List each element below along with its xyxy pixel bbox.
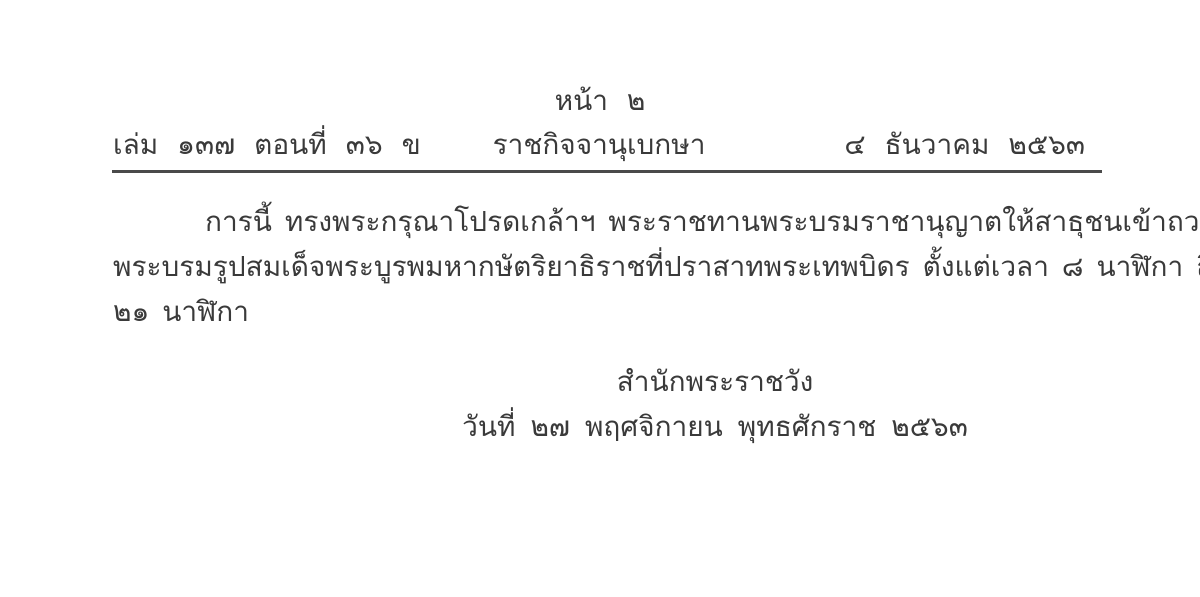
page-header: เล่ม ๑๓๗ ตอนที่ ๓๖ ข ราชกิจจานุเบกษา ๔ ธ… xyxy=(113,129,1103,163)
paragraph-line-2: พระบรมรูปสมเด็จพระบูรพมหากษัตริยาธิราชที… xyxy=(113,245,1105,290)
page-number: หน้า ๒ xyxy=(0,85,1200,119)
gazette-title: ราชกิจจานุเบกษา xyxy=(437,129,761,163)
header-divider-rule xyxy=(112,170,1102,173)
body-paragraph: การนี้ ทรงพระกรุณาโปรดเกล้าฯ พระราชทานพร… xyxy=(113,200,1105,335)
gazette-page: หน้า ๒ เล่ม ๑๓๗ ตอนที่ ๓๖ ข ราชกิจจานุเบ… xyxy=(0,0,1200,597)
volume-issue-info: เล่ม ๑๓๗ ตอนที่ ๓๖ ข xyxy=(113,129,437,163)
document-date: วันที่ ๒๗ พฤศจิกายน พุทธศักราช ๒๕๖๓ xyxy=(415,405,1015,450)
signature-block: สำนักพระราชวัง วันที่ ๒๗ พฤศจิกายน พุทธศ… xyxy=(415,360,1015,450)
gazette-date: ๔ ธันวาคม ๒๕๖๓ xyxy=(761,129,1103,163)
paragraph-line-1: การนี้ ทรงพระกรุณาโปรดเกล้าฯ พระราชทานพร… xyxy=(113,200,1105,245)
paragraph-line-3: ๒๑ นาฬิกา xyxy=(113,290,1105,335)
issuing-agency: สำนักพระราชวัง xyxy=(415,360,1015,405)
